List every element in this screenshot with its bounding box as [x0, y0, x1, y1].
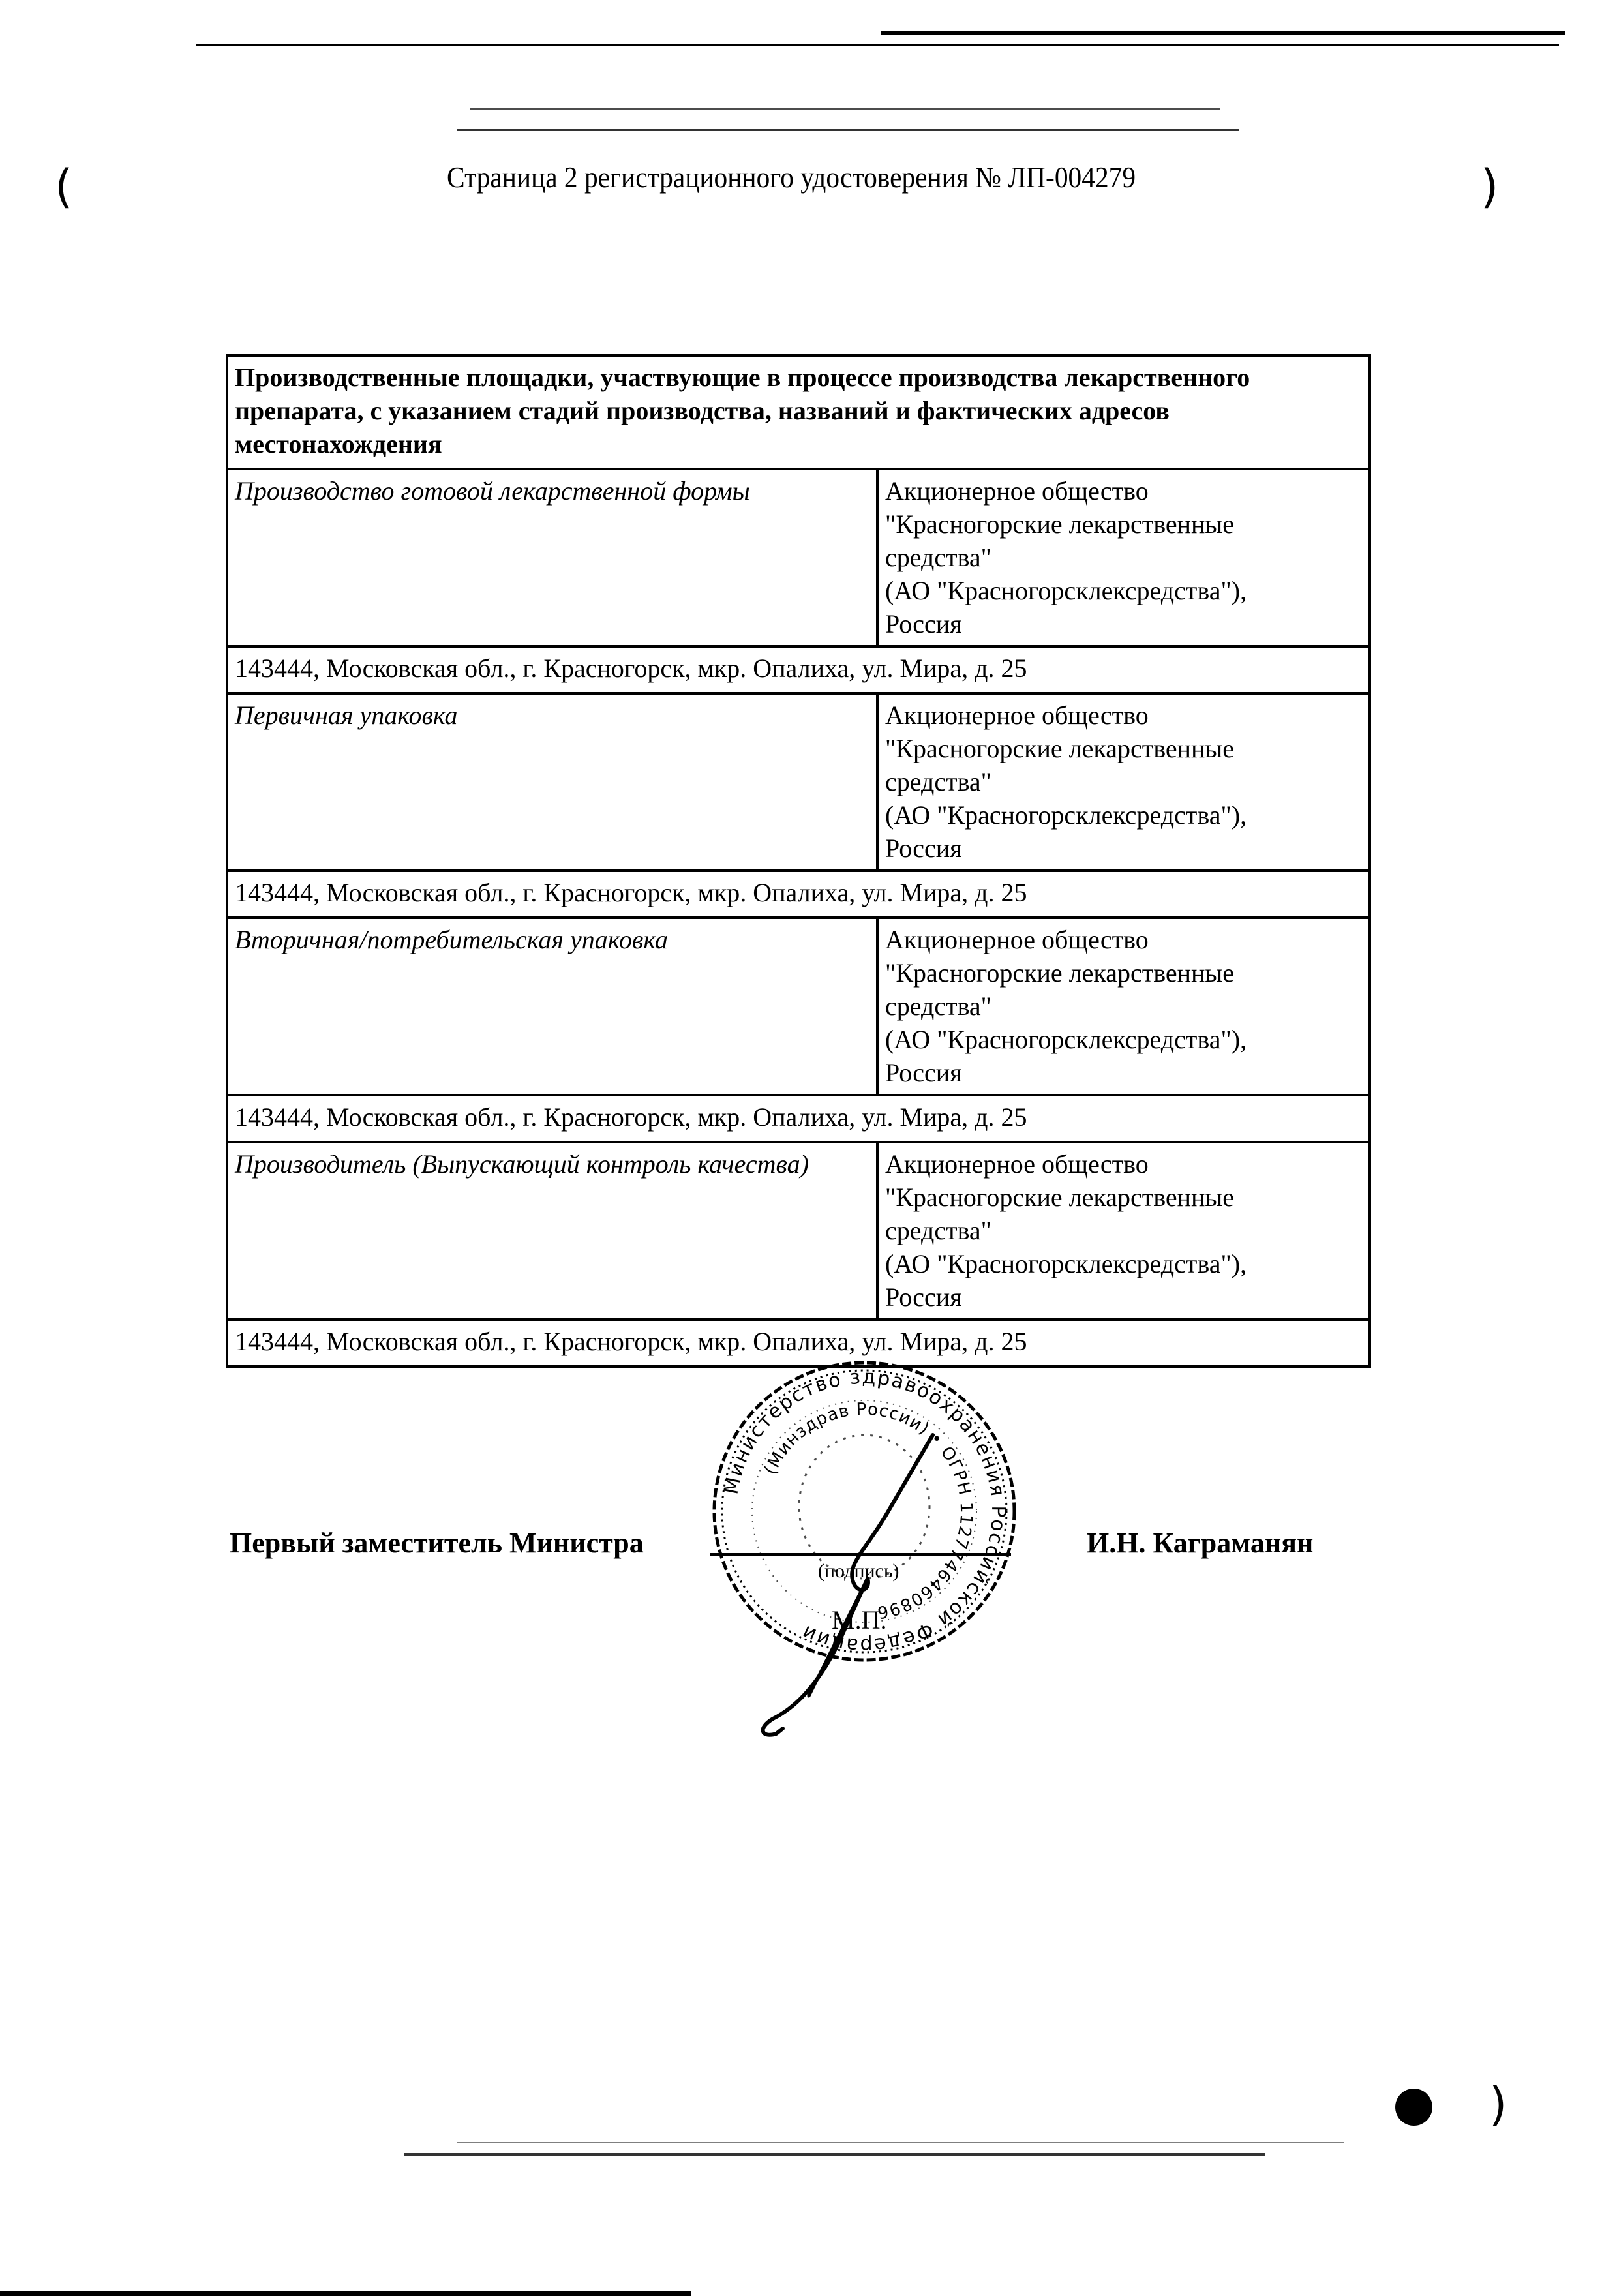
table-row: Производство готовой лекарственной формы… [227, 469, 1370, 646]
stage-cell: Вторичная/потребительская упаковка [227, 918, 877, 1095]
scan-edge-line-bottom [404, 2153, 1265, 2156]
org-line: Россия [885, 607, 1363, 641]
right-bracket-mark-bottom: ) [1489, 2077, 1507, 2131]
org-line: Акционерное общество [885, 923, 1363, 956]
org-line: (АО "Красногорсклексредства"), [885, 574, 1363, 607]
address-cell: 143444, Московская обл., г. Красногорск,… [227, 871, 1370, 918]
org-line: Россия [885, 1280, 1363, 1314]
address-row: 143444, Московская обл., г. Красногорск,… [227, 646, 1370, 693]
table-row: Первичная упаковка Акционерное общество … [227, 693, 1370, 871]
org-line: "Красногорские лекарственные [885, 956, 1363, 989]
manufacturing-sites-table: Производственные площадки, участвующие в… [226, 354, 1371, 1368]
signer-position: Первый заместитель Министра [230, 1526, 644, 1560]
scanner-registration-dot [1395, 2089, 1432, 2126]
scan-edge-line-top-2 [196, 44, 1559, 46]
scan-edge-line-top [881, 31, 1565, 35]
org-line: "Красногорские лекарственные [885, 732, 1363, 765]
org-line: средства" [885, 1214, 1363, 1247]
handwritten-signature-icon [731, 1422, 939, 1748]
org-line: Акционерное общество [885, 1147, 1363, 1181]
scan-edge-line-sub [470, 108, 1220, 110]
org-line: (АО "Красногорсклексредства"), [885, 1247, 1363, 1280]
organization-cell: Акционерное общество "Красногорские лека… [877, 469, 1370, 646]
org-line: средства" [885, 541, 1363, 574]
org-line: Акционерное общество [885, 699, 1363, 732]
organization-cell: Акционерное общество "Красногорские лека… [877, 918, 1370, 1095]
address-row: 143444, Московская обл., г. Красногорск,… [227, 1095, 1370, 1142]
address-row: 143444, Московская обл., г. Красногорск,… [227, 871, 1370, 918]
table-row: Вторичная/потребительская упаковка Акцио… [227, 918, 1370, 1095]
org-line: Россия [885, 1056, 1363, 1089]
org-line: "Красногорские лекарственные [885, 507, 1363, 541]
table-header: Производственные площадки, участвующие в… [227, 355, 1370, 469]
organization-cell: Акционерное общество "Красногорские лека… [877, 693, 1370, 871]
table-header-row: Производственные площадки, участвующие в… [227, 355, 1370, 469]
stage-cell: Первичная упаковка [227, 693, 877, 871]
right-bracket-mark: ) [1481, 160, 1498, 213]
org-line: "Красногорские лекарственные [885, 1181, 1363, 1214]
org-line: Россия [885, 832, 1363, 865]
stage-cell: Производство готовой лекарственной формы [227, 469, 877, 646]
scan-edge-line-footer [0, 2291, 691, 2296]
scan-edge-line-bottom-2 [457, 2142, 1344, 2143]
org-line: средства" [885, 765, 1363, 798]
scan-edge-line-sub-2 [457, 129, 1239, 131]
signer-name: И.Н. Каграманян [1087, 1526, 1313, 1560]
org-line: (АО "Красногорсклексредства"), [885, 798, 1363, 832]
address-cell: 143444, Московская обл., г. Красногорск,… [227, 1095, 1370, 1142]
org-line: (АО "Красногорсклексредства"), [885, 1023, 1363, 1056]
page-title: Страница 2 регистрационного удостоверени… [447, 159, 1125, 196]
stage-cell: Производитель (Выпускающий контроль каче… [227, 1142, 877, 1320]
address-cell: 143444, Московская обл., г. Красногорск,… [227, 646, 1370, 693]
org-line: средства" [885, 989, 1363, 1023]
org-line: Акционерное общество [885, 474, 1363, 507]
organization-cell: Акционерное общество "Красногорские лека… [877, 1142, 1370, 1320]
table-row: Производитель (Выпускающий контроль каче… [227, 1142, 1370, 1320]
left-bracket-mark: ( [55, 160, 72, 213]
